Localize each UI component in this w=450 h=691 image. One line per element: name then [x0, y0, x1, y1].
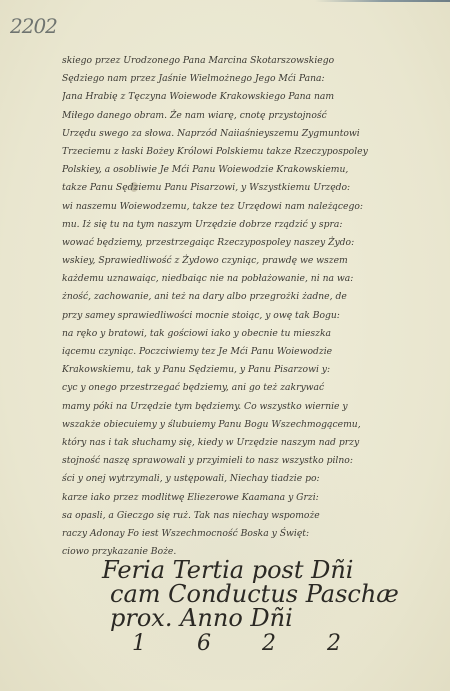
text-line: mu. Iż się tu na tym naszym Urzędzie dob… — [62, 216, 402, 234]
text-line: mamy póki na Urzędzie tym będziemy. Co w… — [62, 398, 402, 416]
text-line: wskiey, Sprawiedliwość z Żydowo czyniąc,… — [62, 252, 402, 270]
text-line: Krakowskiemu, tak y Panu Sędziemu, y Pan… — [62, 361, 402, 379]
text-line: każdemu uznawaiąc, niedbaiąc nie na pobł… — [62, 270, 402, 288]
text-line: Polskiey, a osobliwie Je Mći Panu Woiewo… — [62, 161, 402, 179]
text-line: raczy Adonay Fo iest Wszechmocność Boska… — [62, 525, 402, 543]
text-line: który nas i tak słuchamy się, kiedy w Ur… — [62, 434, 402, 452]
text-line: ści y onej wytrzymali, y ustępowali, Nie… — [62, 470, 402, 488]
text-line: Sędziego nam przez Jaśnie Wielmożnego Je… — [62, 70, 402, 88]
text-line: żność, zachowanie, ani też na dary albo … — [62, 288, 402, 306]
text-line: Trzeciemu z łaski Bożey Królowi Polskiem… — [62, 143, 402, 161]
heading-line-2: cam Conductus Paschæ — [110, 582, 402, 606]
heading-line-3: prox. Anno Dñi — [110, 606, 402, 630]
text-line: cyc y onego przestrzegać będziemy, ani g… — [62, 379, 402, 397]
text-line: stojność naszę sprawowali y przyimieli t… — [62, 452, 402, 470]
text-line: przy samey sprawiedliwości mocnie stoiąc… — [62, 307, 402, 325]
text-line: Jana Hrabię z Tęczyna Woiewode Krakowski… — [62, 88, 402, 106]
oath-text: skiego przez Urodzonego Pana Marcina Sko… — [62, 52, 402, 561]
text-line: Urzędu swego za słowa. Naprzód Naiiaśnie… — [62, 125, 402, 143]
manuscript-page: 2202 skiego przez Urodzonego Pana Marcin… — [0, 0, 450, 691]
text-line: iącemu czyniąc. Poczciwiemy tez Je Mći P… — [62, 343, 402, 361]
text-line: wować będziemy, przestrzegaiąc Rzeczypos… — [62, 234, 402, 252]
text-line: karze iako przez modlitwę Eliezerowe Kaa… — [62, 489, 402, 507]
date-heading: Feria Tertia post Dñi cam Conductus Pasc… — [102, 558, 402, 656]
text-line: wszakże obiecuiemy y ślubuiemy Panu Bogu… — [62, 416, 402, 434]
text-line: na ręko y bratowi, tak gościowi iako y o… — [62, 325, 402, 343]
heading-year: 1 6 2 2 — [132, 632, 402, 656]
text-line: wi naszemu Woiewodzemu, takze tez Urzędo… — [62, 198, 402, 216]
text-line: skiego przez Urodzonego Pana Marcina Sko… — [62, 52, 402, 70]
page-top-edge — [0, 0, 450, 2]
text-line: sa opasli, a Gieczgo się ruż. Tak nas ni… — [62, 507, 402, 525]
folio-number: 2202 — [10, 14, 57, 38]
text-line: Miłego danego obram. Że nam wiarę, cnotę… — [62, 107, 402, 125]
text-line: takze Panu Sędziemu Panu Pisarzowi, y Ws… — [62, 179, 402, 197]
heading-line-1: Feria Tertia post Dñi — [102, 558, 402, 582]
